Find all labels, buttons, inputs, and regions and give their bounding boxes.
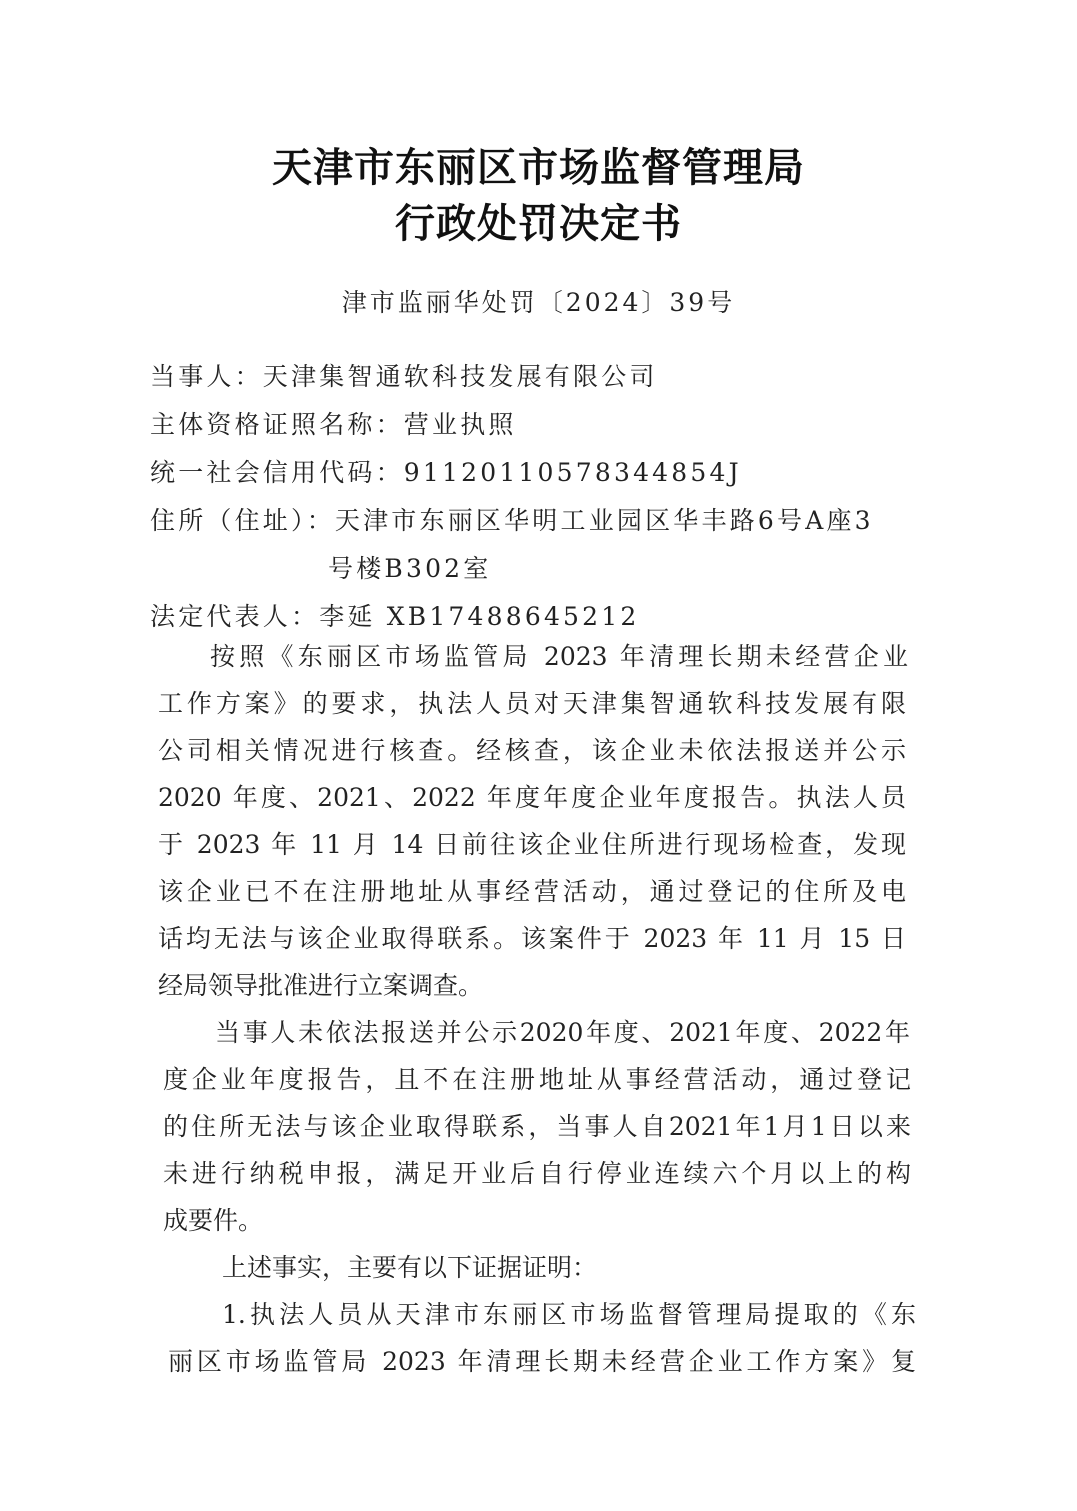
paragraph-1-line: 公司相关情况进行核查。经核查，该企业未依法报送并公示 [158,731,906,767]
paragraph-4-line: 丽区市场监管局 2023 年清理长期未经营企业工作方案》复 [168,1342,916,1378]
document-number: 津市监丽华处罚〔2024〕39号 [0,283,1077,319]
legal-representative: 法定代表人：李延 XB17488645212 [150,597,639,633]
paragraph-2-line: 的住所无法与该企业取得联系，当事人自2021年1月1日以来 [163,1107,911,1143]
paragraph-1-line: 话均无法与该企业取得联系。该案件于 2023 年 11 月 15 日 [158,919,906,955]
paragraph-1-line: 工作方案》的要求，执法人员对天津集智通软科技发展有限 [158,684,906,720]
paragraph-2-line: 成要件。 [163,1201,911,1237]
paragraph-3-line: 上述事实，主要有以下证据证明： [222,1248,970,1284]
paragraph-1-line: 按照《东丽区市场监管局 2023 年清理长期未经营企业 [210,637,908,673]
document-page: 天津市东丽区市场监督管理局 行政处罚决定书 津市监丽华处罚〔2024〕39号 当… [0,0,1077,1511]
document-title-type: 行政处罚决定书 [0,192,1077,249]
paragraph-1-line: 2020 年度、2021、2022 年度年度企业年度报告。执法人员 [158,778,906,814]
document-title-agency: 天津市东丽区市场监督管理局 [0,136,1077,193]
paragraph-2-line: 未进行纳税申报，满足开业后自行停业连续六个月以上的构 [163,1154,911,1190]
address-line-1: 住所（住址）：天津市东丽区华明工业园区华丰路6号A座3 [150,501,874,537]
paragraph-2-line: 当事人未依法报送并公示2020年度、2021年度、2022年 [215,1013,910,1049]
license-name: 主体资格证照名称：营业执照 [150,405,517,441]
paragraph-2-line: 度企业年度报告，且不在注册地址从事经营活动，通过登记 [163,1060,911,1096]
paragraph-1-line: 该企业已不在注册地址从事经营活动，通过登记的住所及电 [158,872,906,908]
paragraph-1-line: 经局领导批准进行立案调查。 [158,966,906,1002]
address-line-2: 号楼B302室 [328,549,492,585]
credit-code: 统一社会信用代码：91120110578344854J [150,453,742,489]
paragraph-1-line: 于 2023 年 11 月 14 日前往该企业住所进行现场检查，发现 [158,825,906,861]
paragraph-4-line: 1.执法人员从天津市东丽区市场监督管理局提取的《东 [222,1295,916,1331]
party-name: 当事人：天津集智通软科技发展有限公司 [150,357,658,393]
